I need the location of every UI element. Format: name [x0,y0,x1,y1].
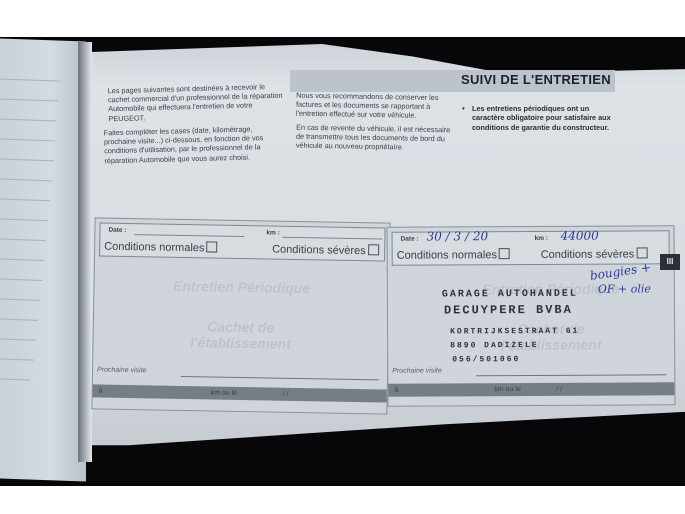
next-visit-label: Prochaine visite [97,366,147,374]
km-date-bar: à km ou le / / [388,382,674,396]
footer-date: / / [283,391,289,398]
card-header: Date : 30 / 3 / 20 km : 44000 Conditions… [392,230,670,265]
date-label: Date : [108,227,126,234]
intro-col2-p2: En cas de revente du véhicule, il est né… [296,123,458,153]
km-label: km : [535,235,548,242]
km-line [282,237,382,240]
condition-normal[interactable]: Conditions normales [397,248,510,262]
condition-severe[interactable]: Conditions sévères [541,247,648,261]
next-visit-row: Prochaine visite [97,366,383,385]
footer-date: / / [556,386,562,393]
stamp-line-3: KORTRIJKSESTRAAT 61 [450,327,579,337]
intro-col1-p1: Les pages suivantes sont destinées à rec… [108,82,284,123]
stamp-line-5: 056/501060 [452,355,520,364]
footer-km: km ou le [211,389,238,396]
checkbox-normal[interactable] [206,241,217,252]
footer-km: km ou le [494,386,521,393]
stamp-line-2: DECUYPERE BVBA [444,303,573,318]
date-value: 30 / 3 / 20 [427,229,489,243]
ghost-entretien: Entretien Périodique [94,276,388,297]
condition-normal-label: Conditions normales [104,241,204,255]
checkbox-normal[interactable] [499,248,510,259]
km-date-bar: à km ou le / / [93,384,387,402]
section-tab: III [660,254,680,270]
stamp-line-1: GARAGE AUTOHANDEL [442,289,578,301]
checkbox-severe[interactable] [636,247,647,258]
page-title: SUIVI DE L'ENTRETIEN [461,72,611,87]
bullet-icon: • [462,104,465,113]
next-visit-line [476,374,666,376]
intro-col1-p2: Faites compléter les cases (date, kilomé… [104,124,284,165]
next-visit-label: Prochaine visite [392,367,441,374]
date-line [134,234,244,237]
intro-col3-text: Les entretiens périodiques ont un caract… [472,104,618,132]
footer-a: à [99,388,103,395]
handwritten-note-2: OF + olie [598,282,651,295]
footer-a: à [394,387,398,394]
km-value: 44000 [561,229,599,243]
left-page [0,38,86,481]
service-card-filled: Date : 30 / 3 / 20 km : 44000 Conditions… [387,225,676,407]
book-gutter [78,42,92,462]
condition-normal-label: Conditions normales [397,249,497,262]
condition-severe[interactable]: Conditions sévères [272,243,379,258]
checkbox-severe[interactable] [368,244,379,255]
stamp-line-4: 8890 DADIZELE [450,341,538,350]
condition-normal[interactable]: Conditions normales [104,240,217,255]
service-card-blank: Date : km : Conditions normales Conditio… [91,217,390,414]
next-visit-line [181,376,379,380]
intro-col2-p1: Nous vous recommandons de conserver les … [296,91,456,121]
date-label: Date : [401,236,419,243]
condition-severe-label: Conditions sévères [541,248,635,260]
card-header: Date : km : Conditions normales Conditio… [99,223,386,262]
next-visit-row: Prochaine visite [392,366,670,381]
condition-severe-label: Conditions sévères [272,244,366,258]
km-label: km : [266,229,279,236]
